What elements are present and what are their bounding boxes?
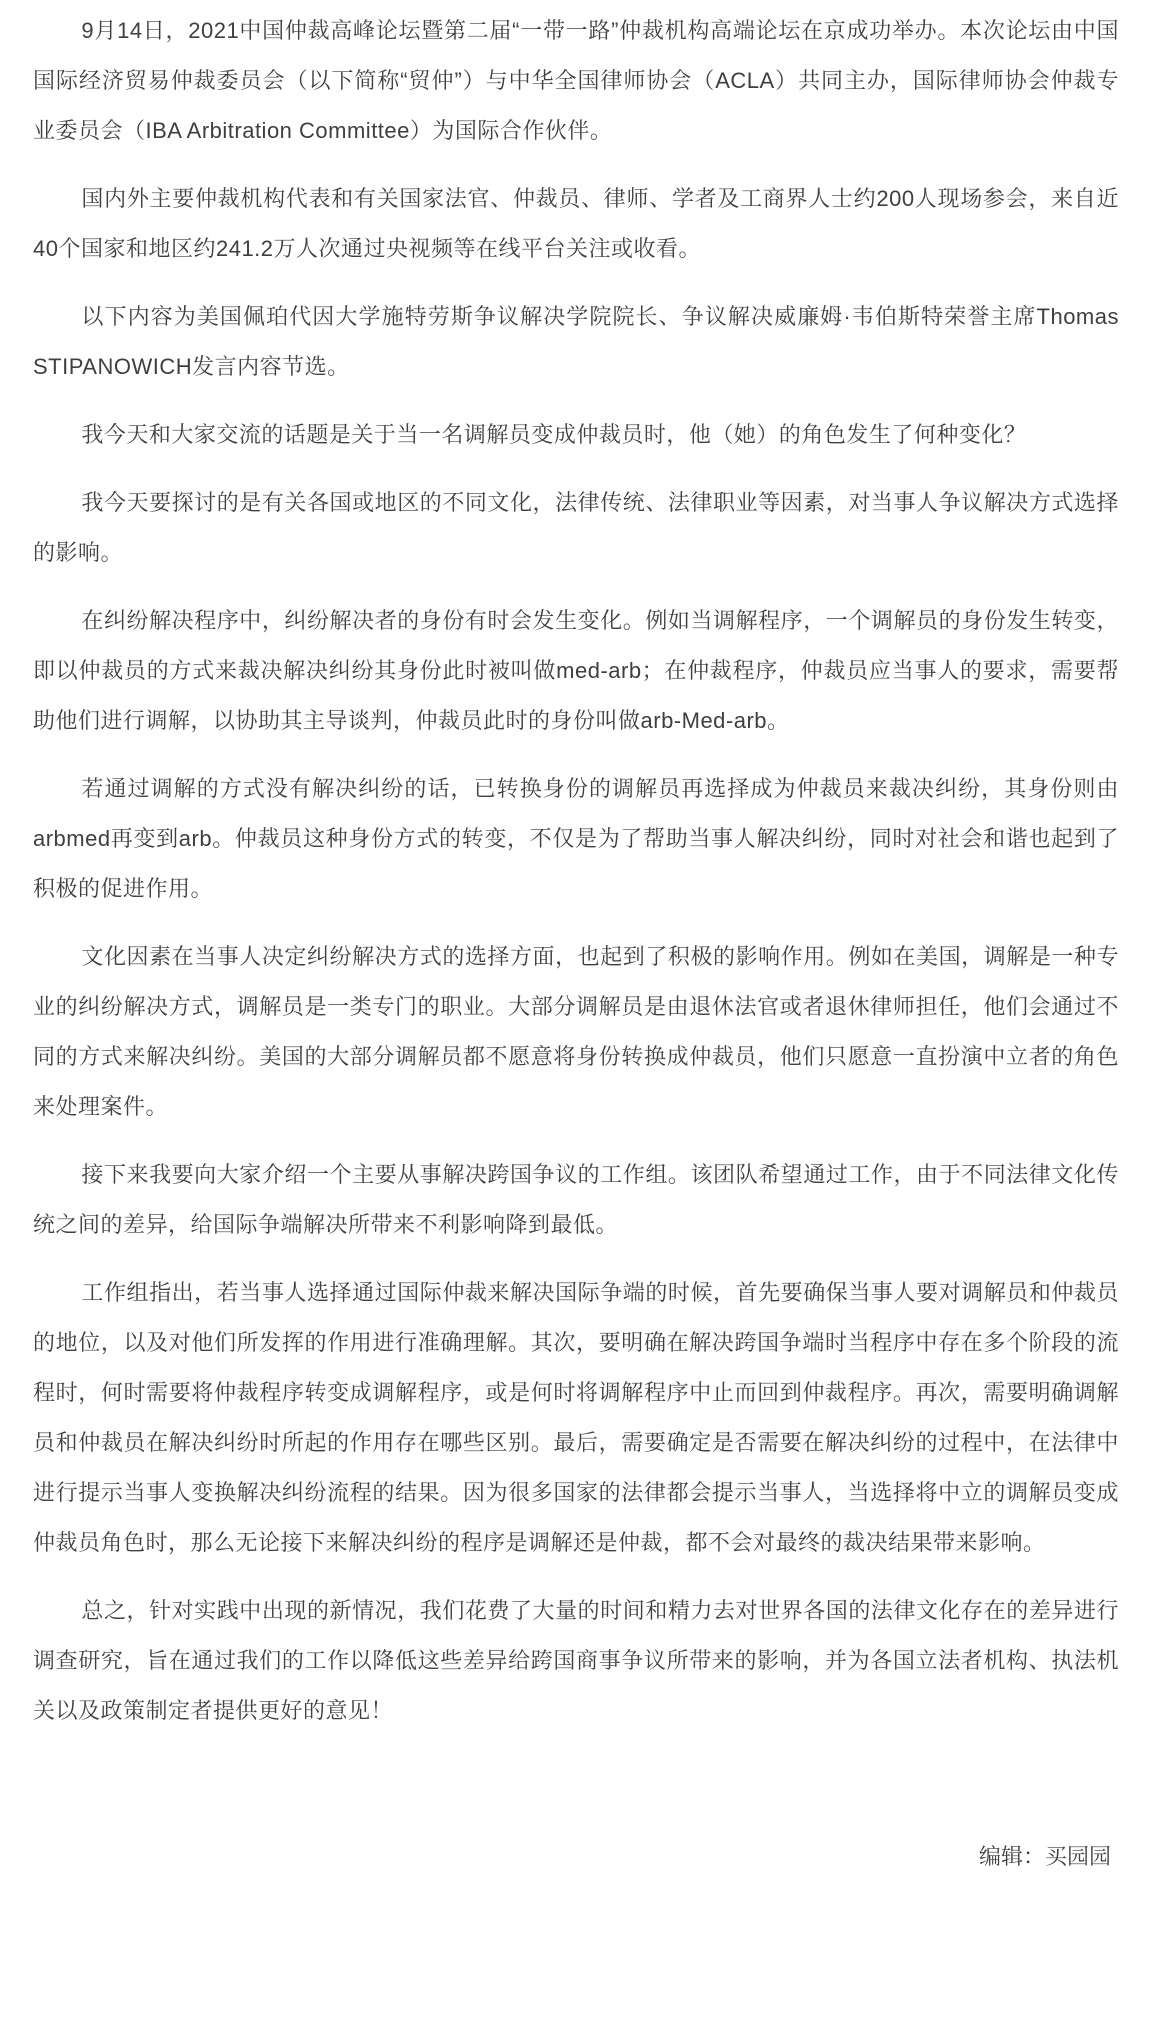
paragraph-med-arb: 在纠纷解决程序中，纠纷解决者的身份有时会发生变化。例如当调解程序，一个调解员的身… [33, 596, 1119, 746]
paragraph-intro-forum: 9月14日，2021中国仲裁高峰论坛暨第二届“一带一路”仲裁机构高端论坛在京成功… [33, 6, 1119, 156]
paragraph-speaker-intro: 以下内容为美国佩珀代因大学施特劳斯争议解决学院院长、争议解决威廉姆·韦伯斯特荣誉… [33, 292, 1119, 392]
editor-credit: 编辑：买园园 [33, 1832, 1119, 1882]
paragraph-topic-question: 我今天和大家交流的话题是关于当一名调解员变成仲裁员时，他（她）的角色发生了何种变… [33, 410, 1119, 460]
article-page: 9月14日，2021中国仲裁高峰论坛暨第二届“一带一路”仲裁机构高端论坛在京成功… [0, 0, 1152, 2042]
paragraph-attendance: 国内外主要仲裁机构代表和有关国家法官、仲裁员、律师、学者及工商界人士约200人现… [33, 174, 1119, 274]
paragraph-arb-med-arb: 若通过调解的方式没有解决纠纷的话，已转换身份的调解员再选择成为仲裁员来裁决纠纷，… [33, 764, 1119, 914]
paragraph-conclusion: 总之，针对实践中出现的新情况，我们花费了大量的时间和精力去对世界各国的法律文化存… [33, 1586, 1119, 1736]
paragraph-working-group-points: 工作组指出，若当事人选择通过国际仲裁来解决国际争端的时候，首先要确保当事人要对调… [33, 1268, 1119, 1568]
paragraph-topic-scope: 我今天要探讨的是有关各国或地区的不同文化，法律传统、法律职业等因素，对当事人争议… [33, 478, 1119, 578]
paragraph-working-group-intro: 接下来我要向大家介绍一个主要从事解决跨国争议的工作组。该团队希望通过工作，由于不… [33, 1150, 1119, 1250]
article-body: 9月14日，2021中国仲裁高峰论坛暨第二届“一带一路”仲裁机构高端论坛在京成功… [33, 6, 1119, 1736]
paragraph-cultural-factors: 文化因素在当事人决定纠纷解决方式的选择方面，也起到了积极的影响作用。例如在美国，… [33, 932, 1119, 1132]
